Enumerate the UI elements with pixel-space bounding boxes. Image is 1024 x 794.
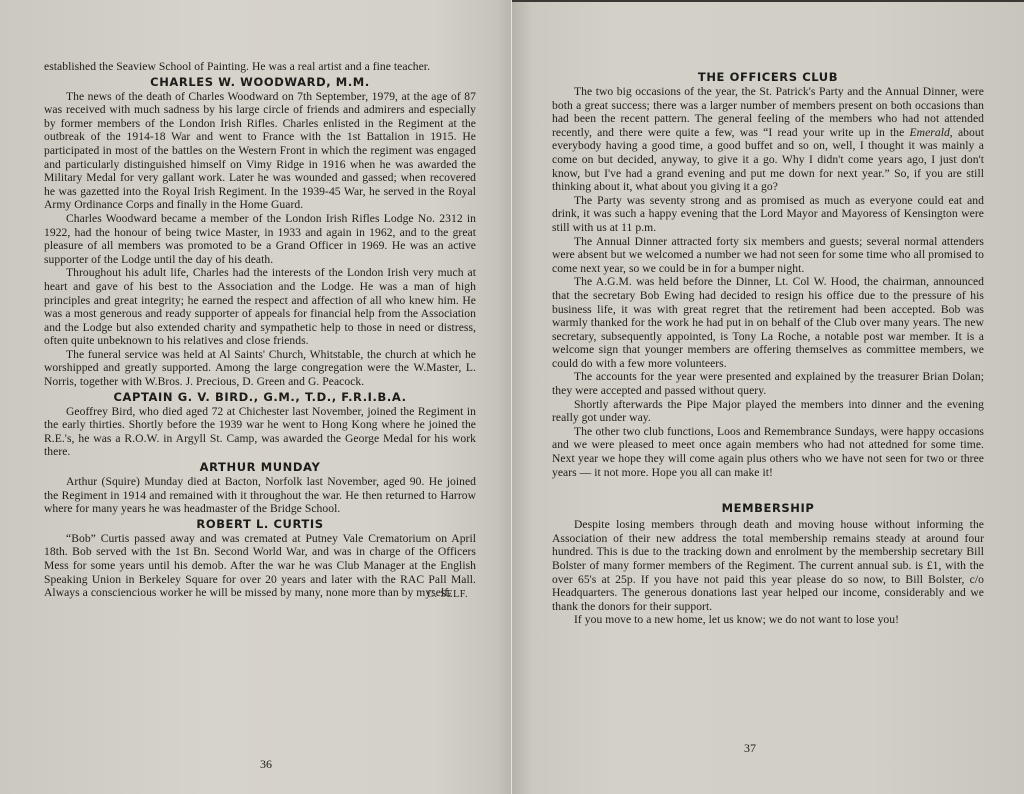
heading-membership: MEMBERSHIP — [552, 501, 984, 515]
officers-club-paragraph-5: The accounts for the year were presented… — [552, 370, 984, 397]
officers-club-paragraph-3: The Annual Dinner attracted forty six me… — [552, 235, 984, 276]
page-37: THE OFFICERS CLUB The two big occasions … — [512, 0, 1024, 794]
membership-paragraph-1: Despite losing members through death and… — [552, 518, 984, 613]
membership-paragraph-2: If you move to a new home, let us know; … — [552, 613, 984, 627]
officers-club-paragraph-6: Shortly afterwards the Pipe Major played… — [552, 398, 984, 425]
right-page-text: THE OFFICERS CLUB The two big occasions … — [552, 70, 984, 627]
bird-paragraph-1: Geoffrey Bird, who died aged 72 at Chich… — [44, 405, 476, 459]
woodward-paragraph-3: Throughout his adult life, Charles had t… — [44, 266, 476, 348]
heading-officers-club: THE OFFICERS CLUB — [552, 70, 984, 84]
heading-captain-bird: CAPTAIN G. V. BIRD., G.M., T.D., F.R.I.B… — [44, 390, 476, 404]
heading-charles-woodward: CHARLES W. WOODWARD, M.M. — [44, 75, 476, 89]
booklet-spread: established the Seaview School of Painti… — [0, 0, 1024, 794]
woodward-paragraph-2: Charles Woodward became a member of the … — [44, 212, 476, 266]
officers-club-paragraph-7: The other two club functions, Loos and R… — [552, 425, 984, 479]
officers-club-paragraph-4: The A.G.M. was held before the Dinner, L… — [552, 275, 984, 370]
page-36: established the Seaview School of Painti… — [0, 0, 512, 794]
emerald-publication-title: Emerald, — [910, 126, 953, 139]
munday-paragraph-1: Arthur (Squire) Munday died at Bacton, N… — [44, 475, 476, 516]
officers-club-paragraph-1: The two big occasions of the year, the S… — [552, 85, 984, 194]
officers-club-paragraph-2: The Party was seventy strong and as prom… — [552, 194, 984, 235]
woodward-paragraph-1: The news of the death of Charles Woodwar… — [44, 90, 476, 212]
left-page-text: established the Seaview School of Painti… — [44, 60, 476, 600]
page-number-right: 37 — [476, 741, 1024, 756]
intro-paragraph: established the Seaview School of Painti… — [44, 60, 476, 74]
page-number-left: 36 — [20, 757, 512, 772]
heading-arthur-munday: ARTHUR MUNDAY — [44, 460, 476, 474]
woodward-paragraph-4: The funeral service was held at Al Saint… — [44, 348, 476, 389]
curtis-paragraph-1: “Bob” Curtis passed away and was cremate… — [44, 532, 476, 600]
heading-robert-curtis: ROBERT L. CURTIS — [44, 517, 476, 531]
